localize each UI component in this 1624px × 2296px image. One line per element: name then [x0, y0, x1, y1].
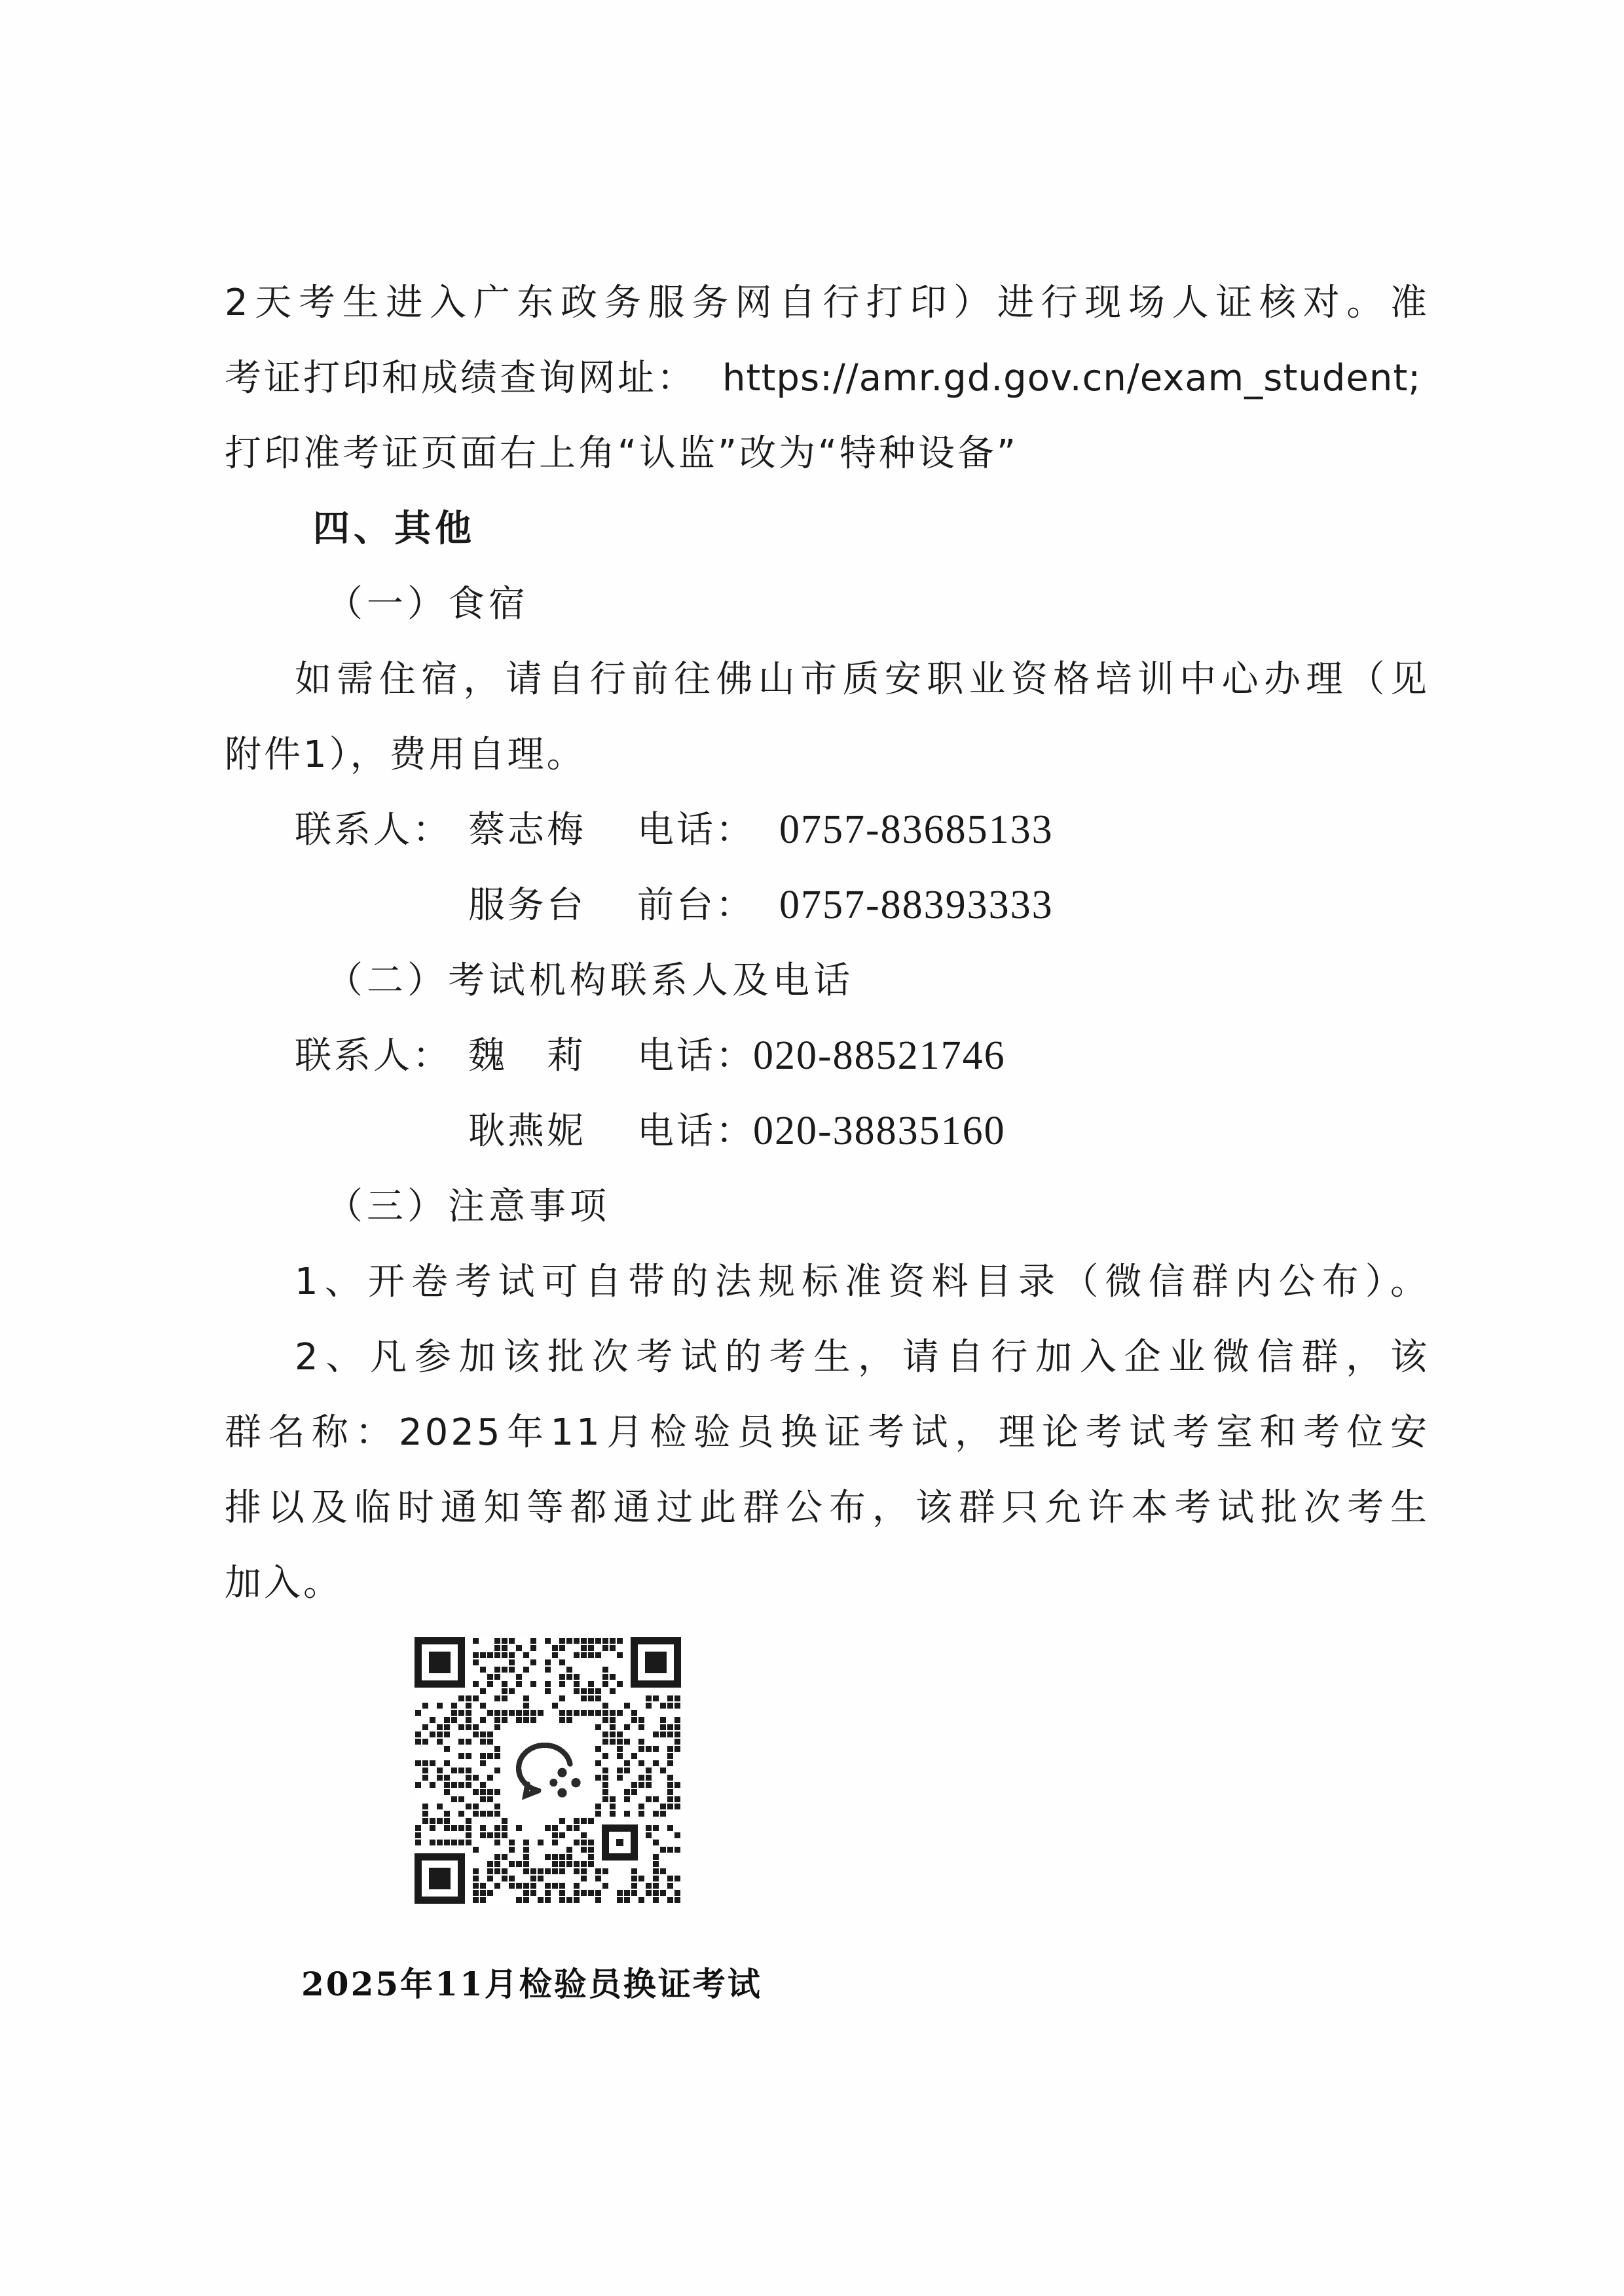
paragraph-line: 如需住宿，请自行前往佛山市质安职业资格培训中心办理（见 — [295, 642, 1430, 717]
phone-label: 电话： — [637, 792, 755, 868]
section-heading: 四、其他 — [313, 491, 1518, 566]
phone-number: 020-38835160 — [753, 1094, 1006, 1169]
contact-label: 联系人： — [295, 792, 452, 868]
phone-label: 前台： — [637, 868, 755, 943]
paragraph-line: 打印准考证页面右上角“认监”改为“特种设备” — [225, 416, 1430, 491]
note-item-2-line: 2、凡参加该批次考试的考生，请自行加入企业微信群，该 — [295, 1320, 1430, 1395]
subsection-heading-notes: （三）注意事项 — [326, 1169, 1531, 1244]
paragraph-line: 附件1），费用自理。 — [225, 717, 1430, 792]
contact-row: 服务台 前台： 0757-88393333 — [295, 868, 1500, 943]
contact-row: 耿燕妮 电话： 020-38835160 — [295, 1094, 1500, 1169]
document-page: 2天考生进入广东政务服务网自行打印）进行现场人证核对。准 考证打印和成绩查询网址… — [0, 0, 1624, 2296]
contact-name: 魏 莉 — [468, 1018, 586, 1094]
wecom-group-qr-code[interactable] — [415, 1637, 681, 1904]
contact-name: 耿燕妮 — [468, 1094, 586, 1169]
note-item-1: 1、开卷考试可自带的法规标准资料目录（微信群内公布）。 — [295, 1244, 1430, 1320]
note-item-2-line: 群名称：2025年11月检验员换证考试，理论考试考室和考位安 — [225, 1395, 1430, 1470]
note-item-2-line: 加入。 — [225, 1546, 1430, 1621]
contact-name: 蔡志梅 — [468, 792, 586, 868]
qr-code-image — [415, 1637, 681, 1904]
paragraph-line: 2天考生进入广东政务服务网自行打印）进行现场人证核对。准 — [225, 265, 1430, 341]
qr-caption: 2025年11月检验员换证考试 — [301, 1955, 762, 2014]
phone-number: 020-88521746 — [753, 1018, 1006, 1094]
contact-name: 服务台 — [468, 868, 586, 943]
phone-number: 0757-88393333 — [779, 868, 1054, 943]
contact-row: 联系人： 魏 莉 电话： 020-88521746 — [295, 1018, 1500, 1094]
url-label: 考证打印和成绩查询网址： — [225, 357, 696, 399]
subsection-heading-contacts: （二）考试机构联系人及电话 — [326, 943, 1531, 1018]
contact-label: 联系人： — [295, 1018, 452, 1094]
note-item-2-line: 排以及临时通知等都通过此群公布，该群只允许本考试批次考生 — [225, 1470, 1430, 1546]
phone-number: 0757-83685133 — [779, 792, 1054, 868]
phone-label: 电话： — [637, 1094, 755, 1169]
subsection-heading-lodging: （一）食宿 — [326, 566, 1531, 642]
phone-label: 电话： — [637, 1018, 755, 1094]
paragraph-line: 考证打印和成绩查询网址：https://amr.gd.gov.cn/exam_s… — [225, 341, 1430, 416]
contact-row: 联系人： 蔡志梅 电话： 0757-83685133 — [295, 792, 1500, 868]
exam-url-link[interactable]: https://amr.gd.gov.cn/exam_student; — [722, 357, 1421, 399]
